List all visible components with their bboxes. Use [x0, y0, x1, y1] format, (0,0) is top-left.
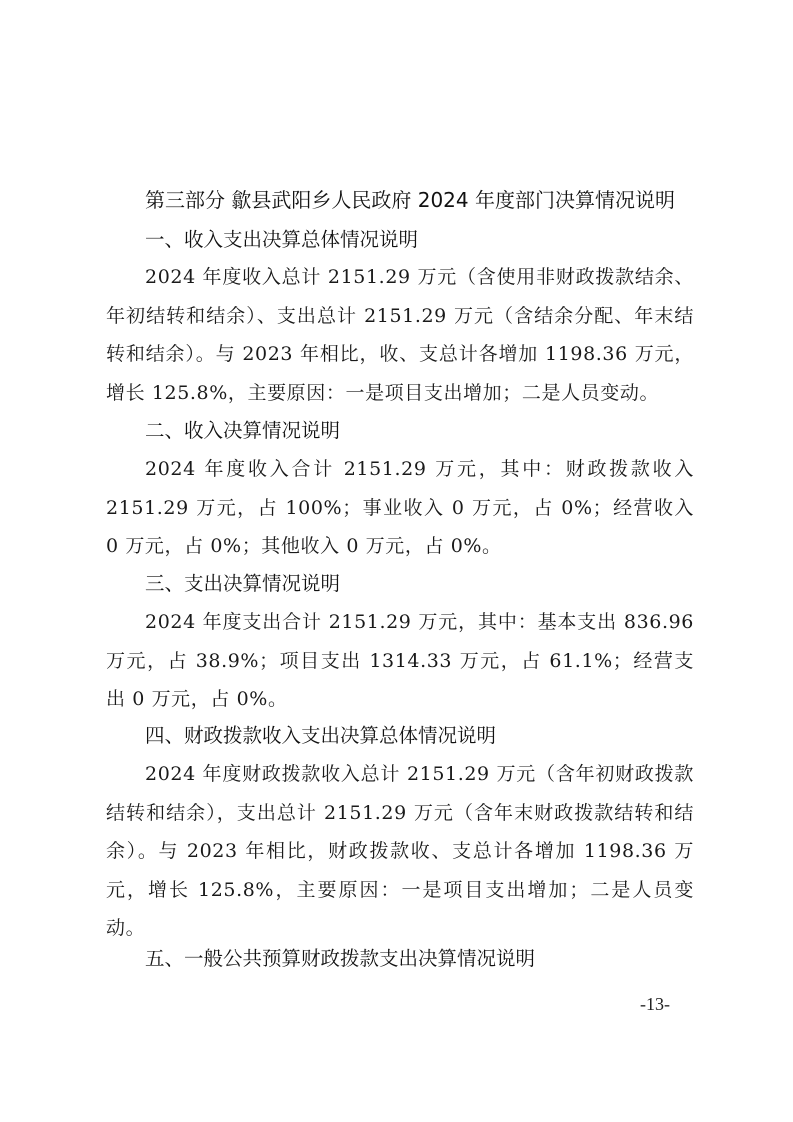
section-heading-2: 二、收入决算情况说明	[145, 417, 340, 445]
section-paragraph-1: 2024 年度收入总计 2151.29 万元（含使用非财政拨款结余、年初结转和结…	[106, 258, 694, 412]
section-heading-3: 三、支出决算情况说明	[145, 570, 340, 598]
section-paragraph-3: 2024 年度支出合计 2151.29 万元，其中：基本支出 836.96 万元…	[106, 603, 694, 719]
page-number: -13-	[640, 992, 670, 1016]
section-heading-1: 一、收入支出决算总体情况说明	[145, 226, 418, 254]
document-page: 第三部分 歙县武阳乡人民政府 2024 年度部门决算情况说明 一、收入支出决算总…	[0, 0, 793, 1122]
section-heading-5: 五、一般公共预算财政拨款支出决算情况说明	[145, 945, 535, 973]
section-heading-4: 四、财政拨款收入支出决算总体情况说明	[145, 722, 496, 750]
document-title: 第三部分 歙县武阳乡人民政府 2024 年度部门决算情况说明	[145, 186, 705, 214]
section-paragraph-4: 2024 年度财政拨款收入总计 2151.29 万元（含年初财政拨款结转和结余）…	[106, 755, 694, 948]
section-paragraph-2: 2024 年度收入合计 2151.29 万元，其中：财政拨款收入 2151.29…	[106, 450, 694, 566]
